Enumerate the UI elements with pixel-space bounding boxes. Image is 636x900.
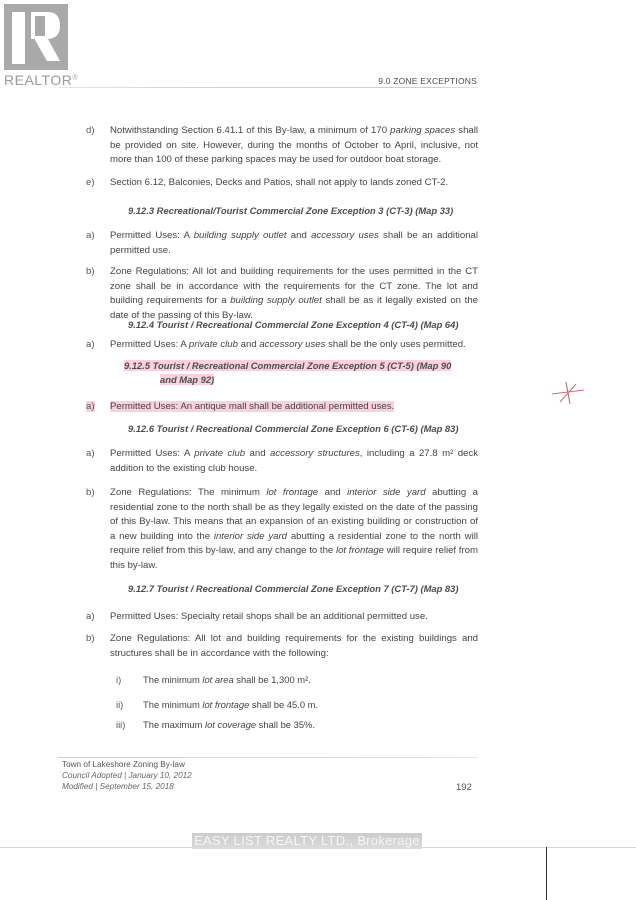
sub-item-label: iii) [116, 719, 125, 730]
realtor-logo: REALTOR® [4, 4, 70, 88]
brokerage-watermark: EASY LIST REALTY LTD., Brokerage [192, 833, 422, 849]
item-9-12-3-a-text: Permitted Uses: A building supply outlet… [110, 229, 478, 258]
realtor-wordmark: REALTOR® [4, 72, 78, 88]
realtor-r-icon [4, 4, 68, 70]
item-9-12-3-b-text: Zone Regulations: All lot and building r… [110, 265, 478, 323]
item-9-12-4-a-text: Permitted Uses: A private club and acces… [110, 338, 478, 353]
sub-item-text: The maximum lot coverage shall be 35%. [143, 719, 315, 730]
item-label-9-12-7-b: b) [86, 632, 95, 647]
heading-9-12-3: 9.12.3 Recreational/Tourist Commercial Z… [128, 204, 453, 218]
item-label-9-12-7-a: a) [86, 610, 95, 625]
heading-9-12-7: 9.12.7 Tourist / Recreational Commercial… [128, 582, 458, 596]
item-d-text: Notwithstanding Section 6.41.1 of this B… [110, 124, 478, 168]
sub-item-text: The minimum lot frontage shall be 45.0 m… [143, 699, 318, 710]
item-label-e: e) [86, 176, 95, 191]
item-9-12-6-b-text: Zone Regulations: The minimum lot fronta… [110, 486, 478, 573]
scan-edge-vertical [546, 847, 547, 900]
asterisk-mark-icon [548, 380, 588, 406]
footer-title: Town of Lakeshore Zoning By-law [62, 760, 185, 769]
item-label-9-12-3-a: a) [86, 229, 95, 244]
heading-9-12-6: 9.12.6 Tourist / Recreational Commercial… [128, 422, 458, 436]
item-label-9-12-6-b: b) [86, 486, 95, 501]
item-label-d: d) [86, 124, 95, 139]
sub-item-text: The minimum lot area shall be 1,300 m². [143, 674, 311, 685]
heading-9-12-5: 9.12.5 Tourist / Recreational Commercial… [124, 359, 451, 387]
section-header-title: 9.0 ZONE EXCEPTIONS [378, 76, 477, 86]
item-label-9-12-5-a: a) [86, 400, 95, 415]
item-label-9-12-4-a: a) [86, 338, 95, 353]
item-9-12-6-a-text: Permitted Uses: A private club and acces… [110, 447, 478, 476]
item-e-text: Section 6.12, Balconies, Decks and Patio… [110, 176, 478, 191]
item-9-12-7-a-text: Permitted Uses: Specialty retail shops s… [110, 610, 478, 625]
footer-adopted: Council Adopted | January 10, 2012 [62, 771, 192, 780]
header-divider [58, 87, 478, 88]
heading-9-12-5-line1: 9.12.5 Tourist / Recreational Commercial… [124, 360, 451, 371]
sub-item-label: ii) [116, 699, 123, 710]
item-label-9-12-6-a: a) [86, 447, 95, 462]
item-9-12-5-a-text: Permitted Uses: An antique mall shall be… [110, 400, 478, 415]
item-label-9-12-3-b: b) [86, 265, 95, 280]
footer-divider [58, 757, 478, 758]
heading-9-12-5-line2: and Map 92) [160, 374, 214, 385]
item-9-12-7-b-text: Zone Regulations: All lot and building r… [110, 632, 478, 661]
footer-modified: Modified | September 15, 2018 [62, 782, 174, 791]
page-number: 192 [456, 782, 472, 793]
sub-item-label: i) [116, 674, 121, 685]
heading-9-12-4: 9.12.4 Tourist / Recreational Commercial… [128, 318, 458, 332]
